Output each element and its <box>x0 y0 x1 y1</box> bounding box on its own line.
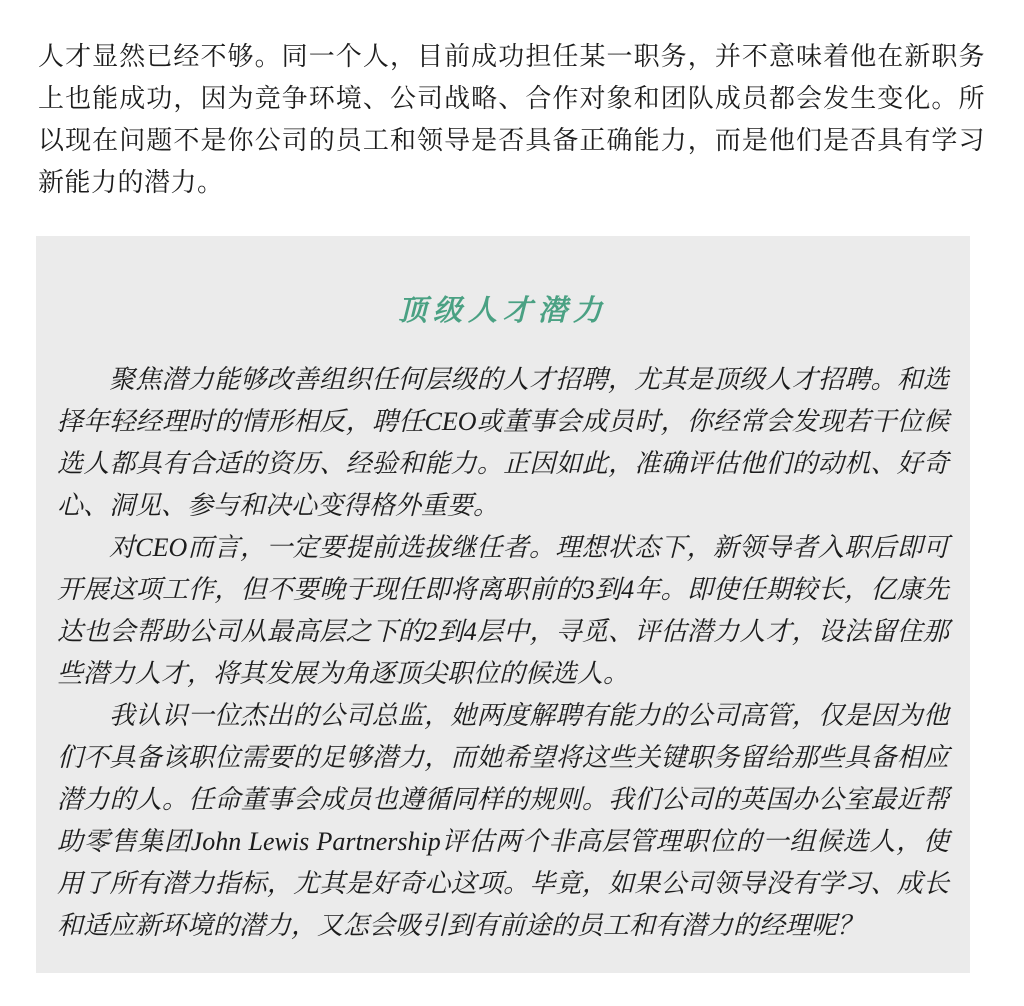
callout-paragraph-1: 聚焦潜力能够改善组织任何层级的人才招聘，尤其是顶级人才招聘。和选择年轻经理时的情… <box>57 359 949 527</box>
callout-paragraph-3: 我认识一位杰出的公司总监，她两度解聘有能力的公司高管，仅是因为他们不具备该职位需… <box>57 695 949 947</box>
intro-paragraph: 人才显然已经不够。同一个人，目前成功担任某一职务，并不意味着他在新职务上也能成功… <box>38 36 985 204</box>
callout-box: 顶级人才潜力 聚焦潜力能够改善组织任何层级的人才招聘，尤其是顶级人才招聘。和选择… <box>36 236 970 973</box>
callout-paragraph-2: 对CEO而言，一定要提前选拔继任者。理想状态下，新领导者入职后即可开展这项工作，… <box>57 527 949 695</box>
callout-title: 顶级人才潜力 <box>57 293 949 329</box>
book-page: 人才显然已经不够。同一个人，目前成功担任某一职务，并不意味着他在新职务上也能成功… <box>0 0 1024 1006</box>
